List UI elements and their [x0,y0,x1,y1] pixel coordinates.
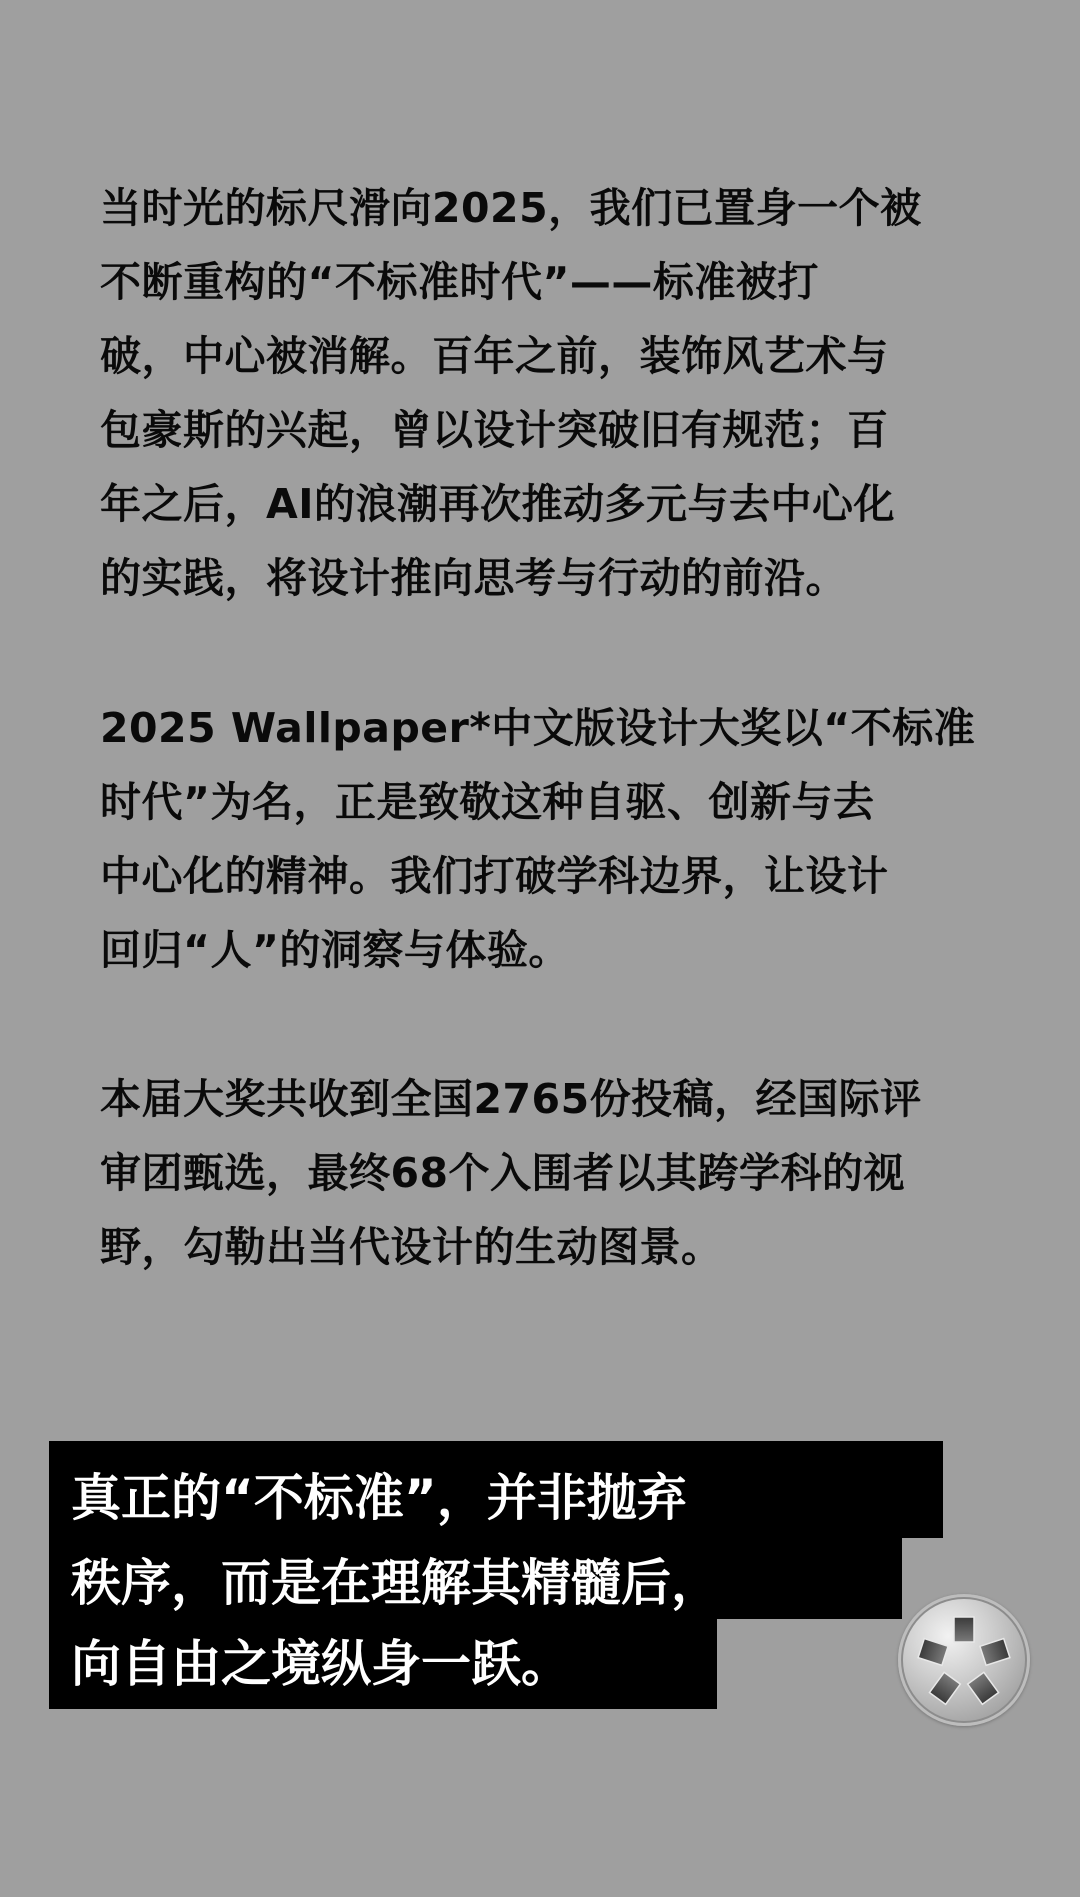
intro-paragraph: 当时光的标尺滑向2025，我们已置身一个被 不断重构的“不标准时代”——标准被打… [100,171,990,615]
pull-quote: 真正的“不标准”，并非抛弃 秩序，而是在理解其精髓后， 向自由之境纵身一跃。 [49,1441,943,1709]
text-line: 中心化的精神。我们打破学科边界，让设计 [100,839,990,913]
text-line: 2025 Wallpaper*中文版设计大奖以“不标准 [100,691,990,765]
text-line: 时代”为名，正是致敬这种自驱、创新与去 [100,765,990,839]
text-line: 破，中心被消解。百年之前，装饰风艺术与 [100,319,990,393]
asterisk-emblem-icon [898,1594,1030,1726]
text-line: 回归“人”的洞察与体验。 [100,913,990,987]
asterisk-coin-icon [898,1594,1030,1726]
text-line: 的实践，将设计推向思考与行动的前沿。 [100,541,990,615]
text-line: 审团甄选，最终68个入围者以其跨学科的视 [100,1136,990,1210]
pull-quote-line: 向自由之境纵身一跃。 [49,1619,717,1709]
text-line: 本届大奖共收到全国2765份投稿，经国际评 [100,1062,990,1136]
text-line: 包豪斯的兴起，曾以设计突破旧有规范；百 [100,393,990,467]
pull-quote-line: 真正的“不标准”，并非抛弃 [49,1441,943,1538]
text-line: 年之后，AI的浪潮再次推动多元与去中心化 [100,467,990,541]
pull-quote-line: 秩序，而是在理解其精髓后， [49,1538,902,1619]
submissions-paragraph: 本届大奖共收到全国2765份投稿，经国际评 审团甄选，最终68个入围者以其跨学科… [100,1062,990,1284]
text-line: 当时光的标尺滑向2025，我们已置身一个被 [100,171,990,245]
text-line: 野，勾勒出当代设计的生动图景。 [100,1210,990,1284]
award-theme-paragraph: 2025 Wallpaper*中文版设计大奖以“不标准 时代”为名，正是致敬这种… [100,691,990,987]
text-line: 不断重构的“不标准时代”——标准被打 [100,245,990,319]
